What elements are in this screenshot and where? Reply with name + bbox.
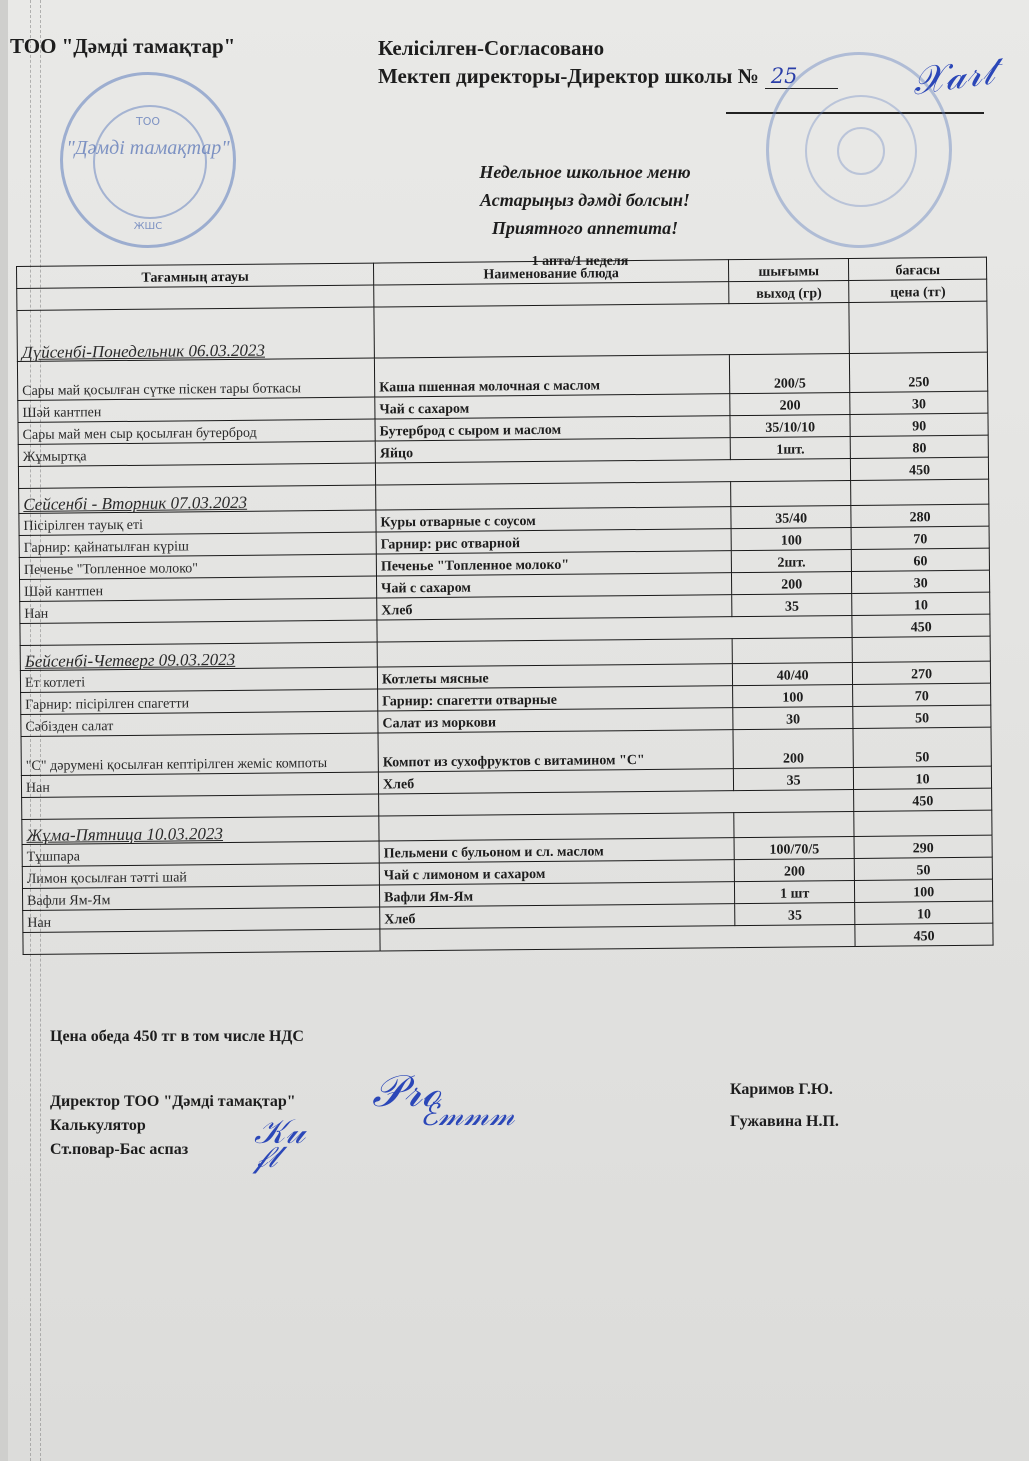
dish-price: 50 (853, 727, 991, 767)
day-title-cell: Дүйсенбі-Понедельник 06.03.2023 (17, 307, 374, 361)
menu-titles: Недельное школьное меню Астарыңыз дәмді … (420, 158, 750, 242)
day-header-row: Дүйсенбі-Понедельник 06.03.2023 (17, 301, 987, 361)
dish-output: 30 (733, 706, 853, 729)
day-total-price: 450 (851, 457, 989, 480)
greeting-ru: Приятного аппетита! (420, 214, 750, 242)
dish-output: 200 (730, 392, 850, 415)
organization-name: ТОО "Дәмді тамақтар" (10, 34, 235, 59)
dish-output: 100/70/5 (734, 836, 854, 859)
day-total-price: 450 (854, 788, 992, 811)
dish-price: 280 (851, 504, 989, 527)
header-price-ru: цена (тг) (849, 279, 987, 302)
header-price-kk: бағасы (849, 257, 987, 280)
dish-output: 1шт. (730, 436, 850, 459)
dish-name-kk: "С" дәрумені қосылған кептірілген жеміс … (21, 733, 378, 775)
signatories-names: Каримов Г.Ю. Гужавина Н.П. (730, 1074, 839, 1138)
day-title-cell: Жұма-Пятница 10.03.2023 (22, 816, 379, 844)
dish-output: 100 (731, 527, 851, 550)
header-output-ru: выход (гр) (729, 281, 849, 304)
dish-price: 10 (854, 766, 992, 789)
dish-output: 1 шт (735, 880, 855, 903)
dish-output: 40/40 (732, 662, 852, 685)
approval-title: Келісілген-Согласовано (378, 34, 838, 62)
dish-price: 90 (850, 413, 988, 436)
dish-price: 50 (855, 857, 993, 880)
day-title-cell: Сейсенбі - Вторник 07.03.2023 (19, 485, 376, 513)
school-stamp-icon (766, 52, 952, 248)
page-edge (0, 0, 8, 1461)
approval-block: Келісілген-Согласовано Мектеп директоры-… (378, 34, 838, 90)
dish-price: 30 (850, 391, 988, 414)
day-total-price: 450 (855, 923, 993, 946)
day-title: Сейсенбі - Вторник 07.03.2023 (23, 493, 247, 514)
day-title: Жұма-Пятница 10.03.2023 (26, 824, 223, 845)
dish-price: 70 (853, 683, 991, 706)
role-director: Директор ТОО "Дәмді тамақтар" (50, 1090, 296, 1114)
dish-price: 270 (853, 661, 991, 684)
day-title: Дүйсенбі-Понедельник 06.03.2023 (22, 341, 265, 362)
dish-output: 2шт. (731, 549, 851, 572)
menu-title: Недельное школьное меню (420, 158, 750, 186)
signature-icon: ℰ𝓂𝓂𝓂 (420, 1098, 515, 1133)
dish-price: 250 (850, 352, 988, 392)
menu-table: Тағамның атауы Наименование блюда шығымы… (16, 257, 994, 955)
dish-output: 35/40 (731, 505, 851, 528)
name-director: Каримов Г.Ю. (730, 1074, 839, 1106)
dish-output: 200 (733, 728, 854, 768)
dish-price: 100 (855, 879, 993, 902)
day-title: Бейсенбі-Четверг 09.03.2023 (25, 650, 236, 671)
name-calculator: Гужавина Н.П. (730, 1106, 839, 1138)
dish-output: 35 (735, 902, 855, 925)
dish-output: 35/10/10 (730, 414, 850, 437)
dish-output: 200/5 (729, 354, 850, 394)
greeting-kk: Астарыңыз дәмді болсын! (420, 186, 750, 214)
dish-price: 10 (855, 901, 993, 924)
dish-price: 30 (852, 570, 990, 593)
day-total-price: 450 (852, 614, 990, 637)
approval-director: Мектеп директоры-Директор школы №25 (378, 62, 838, 90)
dish-name-ru: Компот из сухофруктов с витамином "С" (378, 730, 733, 772)
dish-output: 35 (733, 767, 853, 790)
company-stamp-icon: ТОО "Дәмді тамақтар" ЖШС (60, 72, 236, 248)
dish-name-kk: Сары май қосылған сүтке піскен тары ботк… (17, 358, 374, 400)
dish-output: 100 (733, 684, 853, 707)
dish-price: 290 (854, 835, 992, 858)
day-title-cell: Бейсенбі-Четверг 09.03.2023 (20, 642, 377, 670)
dish-name-ru: Каша пшенная молочная с маслом (374, 355, 729, 397)
dish-price: 80 (850, 435, 988, 458)
header-output-kk: шығымы (729, 259, 849, 282)
dish-output: 200 (732, 571, 852, 594)
emblem-icon (837, 127, 885, 175)
number-label: № (738, 64, 759, 88)
dish-price: 50 (853, 705, 991, 728)
price-note: Цена обеда 450 тг в том числе НДС (50, 1028, 304, 1046)
dish-output: 200 (734, 858, 854, 881)
dish-output: 35 (732, 593, 852, 616)
signature-icon: 𝒻𝓁 (254, 1140, 277, 1175)
dish-price: 70 (851, 526, 989, 549)
dish-price: 10 (852, 592, 990, 615)
dish-price: 60 (852, 548, 990, 571)
